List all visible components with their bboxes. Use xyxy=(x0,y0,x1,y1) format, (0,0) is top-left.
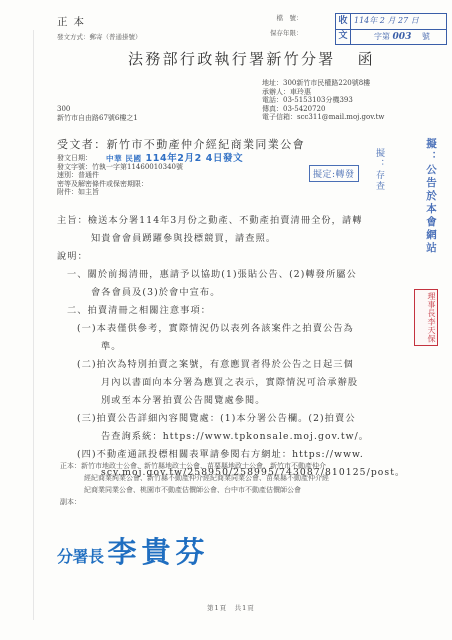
receipt-number: 字第 003 號 xyxy=(374,31,430,42)
proposed-forward-stamp: 擬定:轉發 xyxy=(309,165,359,182)
original-recipients-line-3: 紀商業同業公會、桃園市不動產估價師公會、台中市不動產估價師公會 xyxy=(60,484,329,496)
date-stamp-year: 114 xyxy=(146,153,168,164)
recipient-street: 新竹市自由路67號6樓之1 xyxy=(57,114,138,123)
sub-item-3: (三)拍賣公告詳細內容閱覽處：(1)本分署公告欄。(2)拍賣公 告查詢系統：ht… xyxy=(67,410,405,446)
contact-block: 地址：300新竹市民權路220號8樓 承辦人：車玲惠 電話：03-5153103… xyxy=(262,79,384,122)
date-stamp-month: 年2月2 xyxy=(167,153,202,164)
recipient-zip: 300 xyxy=(57,105,138,114)
receipt-number-value: 003 xyxy=(393,32,412,42)
receipt-number-prefix: 字第 xyxy=(374,32,390,41)
sub-item-1: (一)本表僅供參考，實際情況仍以表列各該案件之拍賣公告為 準。 xyxy=(67,320,405,356)
signature-role: 分署長 xyxy=(57,547,104,566)
meta-attachment: 附件：如主旨 xyxy=(57,188,183,197)
sub-2-line-3: 別或至本分署拍賣公告閱覽處參閱。 xyxy=(77,392,405,410)
sub-1-line-1: (一)本表僅供參考，實際情況仍以表列各該案件之拍賣公告為 xyxy=(77,320,405,338)
item-1-line-2: 會各會員及(3)於會中宣布。 xyxy=(67,284,405,302)
send-method: 發文方式：郵寄（普通掛號） xyxy=(57,32,142,41)
signature-name: 李貴芬 xyxy=(108,535,210,569)
contact-address: 地址：300新竹市民權路220號8樓 xyxy=(262,79,384,88)
sub-3-line-1: (三)拍賣公告詳細內容閱覽處：(1)本分署公告欄。(2)拍賣公 xyxy=(77,410,405,428)
explanation-items: 一、關於前揭清冊，惠請予以協助(1)張貼公告、(2)轉發所屬公 會各會員及(3)… xyxy=(67,266,405,482)
page-margin-line xyxy=(33,30,34,620)
contact-handler: 承辦人：車玲惠 xyxy=(262,88,384,97)
archive-number-label: 檔 號： xyxy=(270,11,303,26)
explanation-label: 說明： xyxy=(57,248,88,266)
contact-email: 電子信箱：scc311@mail.moj.gov.tw xyxy=(262,113,384,122)
date-stamp-prefix: 中華 民國 xyxy=(106,154,142,163)
subject-line-2: 知貴會會員踴躍參與投標競買，請查照。 xyxy=(57,230,363,248)
file-note: 擬：存查 xyxy=(373,148,386,192)
item-1-line-1: 一、關於前揭清冊，惠請予以協助(1)張貼公告、(2)轉發所屬公 xyxy=(67,266,405,284)
receipt-recv-char: 收 xyxy=(336,14,351,30)
receipt-doc-char: 文 xyxy=(336,29,351,44)
retention-label: 保存年限： xyxy=(270,26,303,41)
archive-info: 檔 號： 保存年限： xyxy=(270,11,303,41)
sub-2-line-1: (二)拍次為特別拍賣之案號，有意應買者得於公告之日起三個 xyxy=(77,356,405,374)
copy-recipients: 副本： xyxy=(60,496,329,508)
copy-label: 正本 xyxy=(57,14,90,29)
item-2: 二、拍賣清冊之相關注意事項： xyxy=(67,302,405,320)
signature-seal: 分署長李貴芬 xyxy=(57,530,210,571)
recipient-address: 300 新竹市自由路67號6樓之1 xyxy=(57,105,138,122)
receipt-divider xyxy=(350,29,446,30)
document-type: 函 xyxy=(358,50,375,68)
distribution-list: 正本：新竹市地政士公會、新竹縣地政士公會、苗栗縣地政士公會、新竹市不動產仲介 經… xyxy=(60,460,329,508)
announce-note: 擬：公告於本會網站 xyxy=(424,138,439,255)
agency-name: 法務部行政執行署新竹分署 xyxy=(128,50,336,68)
subject-line-1: 主旨：檢送本分署114年3月份之動產、不動產拍賣清冊全份，請轉 xyxy=(57,212,363,230)
subject: 主旨：檢送本分署114年3月份之動產、不動產拍賣清冊全份，請轉 知貴會會員踴躍參… xyxy=(57,212,363,248)
sub-2-line-2: 月內以書面向本分署為應買之表示，實際情況可洽承辦股 xyxy=(77,374,405,392)
sub-1-line-2: 準。 xyxy=(77,338,405,356)
meta-speed: 速別：普通件 xyxy=(57,171,183,180)
date-stamp-suffix: 發文 xyxy=(223,153,243,164)
receipt-date: 114年 2 月 27 日 xyxy=(354,15,419,26)
receipt-number-suffix: 號 xyxy=(422,32,430,41)
original-recipients-line-1: 正本：新竹市地政士公會、新竹縣地政士公會、苗栗縣地政士公會、新竹市不動產仲介 xyxy=(60,460,329,472)
date-stamp-day: 4日 xyxy=(206,153,223,164)
agency-title: 法務部行政執行署新竹分署函 xyxy=(128,48,375,69)
sub-3-line-2[interactable]: 告查詢系統：https://www.tpkonsale.moj.gov.tw/。 xyxy=(77,428,405,446)
sub-item-2: (二)拍次為特別拍賣之案號，有意應買者得於公告之日起三個 月內以書面向本分署為應… xyxy=(67,356,405,410)
chairman-seal: 理事長李天保 xyxy=(414,289,438,346)
page-number: 第1頁 共1頁 xyxy=(207,603,255,612)
original-recipients-line-2: 經紀商業同業公會、新竹縣不動產仲介經紀商業同業公會、苗栗縣不動產仲介經 xyxy=(60,472,329,484)
contact-phone: 電話：03-5153103分機393 xyxy=(262,96,384,105)
receipt-stamp: 收 文 114年 2 月 27 日 字第 003 號 xyxy=(335,13,447,45)
issue-date-stamp: 中華 民國 114年2月2 4日發文 xyxy=(106,150,243,164)
